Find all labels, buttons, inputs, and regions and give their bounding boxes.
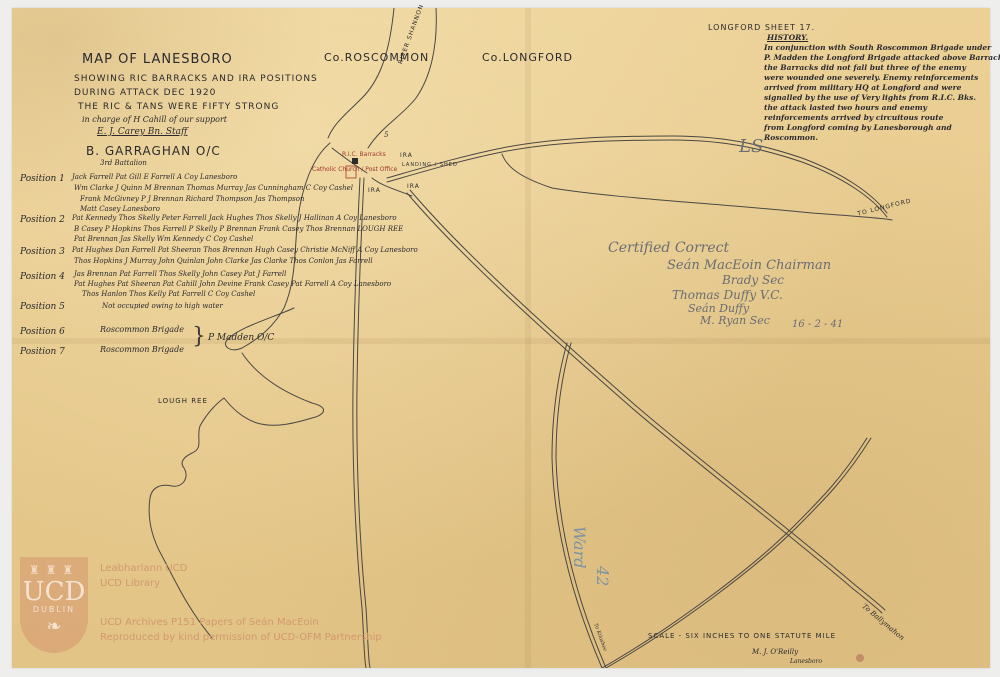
- history-line: Roscommon.: [764, 133, 1000, 143]
- position-3-label: Position 3: [20, 248, 65, 257]
- history-line: arrived from military HQ at Longford and…: [764, 83, 1000, 93]
- position-7-label: Position 7: [20, 348, 65, 357]
- signature-duffy: Thomas Duffy V.C.: [672, 289, 783, 301]
- blue-pencil-mark-2: 42: [594, 566, 610, 586]
- crest-ucd-text: UCD: [23, 579, 86, 605]
- signature-brady: Brady Sec: [722, 274, 784, 286]
- history-line: In conjunction with South Roscommon Brig…: [764, 43, 1000, 53]
- history-heading: HISTORY.: [767, 33, 808, 43]
- subtitle-line-1: SHOWING RIC BARRACKS AND IRA POSITIONS: [74, 75, 318, 84]
- barracks-marker: [352, 158, 358, 164]
- subtitle-line-3: THE RIC & TANS WERE FIFTY STRONG: [78, 103, 279, 112]
- position-4-label: Position 4: [20, 273, 65, 282]
- scale-label: SCALE - SIX INCHES TO ONE STATUTE MILE: [648, 633, 836, 640]
- signature-maceoin: Seán MacEoin Chairman: [667, 259, 831, 272]
- history-line: P. Madden the Longford Brigade attacked …: [764, 53, 1000, 63]
- scale-signature-1: M. J. O'Reilly: [752, 649, 798, 656]
- position-1-line: Matt Casey Lanesboro: [80, 206, 160, 213]
- history-line: the attack lasted two hours and enemy: [764, 103, 1000, 113]
- road-east-branch: [502, 154, 892, 220]
- pencil-mark-ls: LS: [739, 138, 763, 156]
- position-1-line: Jack Farrell Pat Gill E Farrell A Coy La…: [72, 174, 237, 181]
- river-bank-west: [328, 8, 394, 138]
- position-3-line: Thos Hopkins J Murray John Quinlan John …: [74, 258, 373, 265]
- sheet-label: LONGFORD SHEET 17.: [708, 24, 815, 32]
- madden-note: P Madden O/C: [208, 334, 274, 343]
- catholic-church-label: Catholic Church / Post Office: [312, 166, 397, 173]
- position-3-line: Pat Hughes Dan Farrell Pat Sheeran Thos …: [72, 247, 418, 254]
- lough-ree-label: LOUGH REE: [158, 398, 208, 405]
- position-4-line: Jas Brennan Pat Farrell Thos Skelly John…: [74, 271, 286, 278]
- certification-date: 16 - 2 - 41: [792, 320, 843, 330]
- position-4-line: Thos Hanlon Thos Kelly Pat Farrell C Coy…: [82, 291, 255, 298]
- blue-pencil-mark-1: Ward: [571, 526, 587, 568]
- map-title: MAP OF LANESBORO: [82, 53, 233, 66]
- position-1-line: Wm Clarke J Quinn M Brennan Thomas Murra…: [74, 185, 353, 192]
- stain-mark: [856, 654, 864, 662]
- position-5-line: Not occupied owing to high water: [102, 303, 223, 310]
- castle-towers-icon: ♜♜♜: [29, 563, 79, 577]
- position-2-line: B Casey P Hopkins Thos Farrell P Skelly …: [74, 226, 403, 233]
- position-2-label: Position 2: [20, 216, 65, 225]
- signature-carey: E. J. Carey Bn. Staff: [97, 128, 187, 137]
- subtitle-line-4: in charge of H Cahill of our support: [82, 116, 227, 124]
- road-to-longford: [387, 136, 887, 213]
- position-1-label: Position 1: [20, 175, 65, 184]
- certified-correct: Certified Correct: [608, 241, 729, 255]
- position-6-line: Roscommon Brigade: [100, 326, 184, 334]
- crest-dublin-text: DUBLIN: [33, 605, 75, 614]
- position-1-line: Frank McGivney P J Brennan Richard Thomp…: [80, 196, 304, 203]
- county-longford-label: Co.LONGFORD: [482, 52, 573, 63]
- harp-icon: ❧: [46, 616, 61, 637]
- position-5-label: Position 5: [20, 303, 65, 312]
- position-6-label: Position 6: [20, 328, 65, 337]
- ira-label-1: IRA: [400, 153, 413, 159]
- road-to-ballymahon: [407, 193, 882, 613]
- archive-credit: UCD Archives P151 Papers of Seán MacEoin: [100, 617, 319, 628]
- ira-label-3: IRA: [368, 188, 381, 194]
- position-2-line: Pat Kennedy Thos Skelly Peter Farrell Ja…: [72, 215, 397, 222]
- subtitle-line-2: DURING ATTACK DEC 1920: [74, 89, 216, 98]
- permission-credit: Reproduced by kind permission of UCD-OFM…: [100, 632, 382, 643]
- history-line: reinforcements arrived by circuitous rou…: [764, 113, 1000, 123]
- bracket: }: [192, 326, 206, 348]
- library-english-name: UCD Library: [100, 578, 160, 589]
- signature-sean: Seán Duffy: [688, 303, 749, 314]
- history-line: from Longford coming by Lanesborough and: [764, 123, 1000, 133]
- history-text: In conjunction with South Roscommon Brig…: [764, 43, 1000, 143]
- ira-label-2: IRA: [407, 184, 420, 190]
- position-2-line: Pat Brennan Jas Skelly Wm Kennedy C Coy …: [74, 236, 253, 243]
- scale-signature-2: Lanesboro: [790, 659, 822, 665]
- landing-shed-label: LANDING / SHED: [402, 163, 458, 168]
- ucd-crest-logo: ♜♜♜ UCD DUBLIN ❧: [20, 557, 88, 653]
- position-4-line: Pat Hughes Pat Sheeran Pat Cahill John D…: [74, 281, 391, 288]
- signature-garraghan-sub: 3rd Battalion: [100, 160, 147, 167]
- county-roscommon-label: Co.ROSCOMMON: [324, 52, 429, 63]
- library-irish-name: Leabharlann UCD: [100, 563, 187, 574]
- history-line: the Barracks did not fall but three of t…: [764, 63, 1000, 73]
- position-marker-5: 5: [384, 132, 388, 139]
- ric-barracks-label: R.I.C. Barracks: [342, 151, 386, 158]
- river-bank-east: [368, 8, 436, 148]
- history-line: signalled by the use of Very lights from…: [764, 93, 1000, 103]
- position-7-line: Roscommon Brigade: [100, 346, 184, 354]
- signature-ryan: M. Ryan Sec: [700, 315, 770, 326]
- history-line: were wounded one severely. Enemy reinfor…: [764, 73, 1000, 83]
- signature-garraghan: B. GARRAGHAN O/C: [86, 145, 221, 157]
